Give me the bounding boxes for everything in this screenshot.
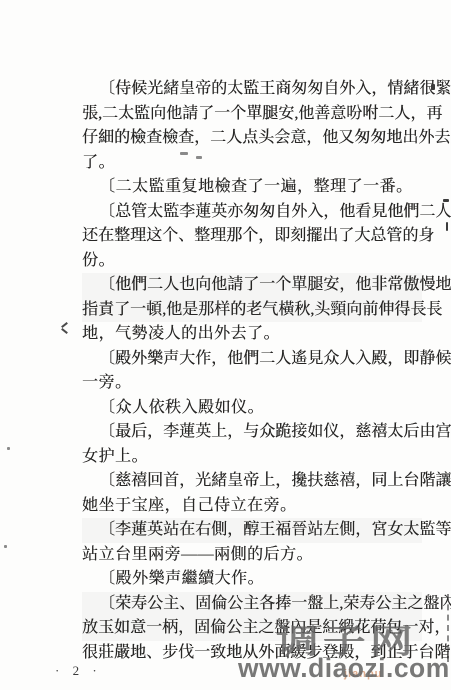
text-line: 張,二太監向他請了一个單腿安,他善意吩咐二人，再 xyxy=(82,102,422,127)
text-line: 份。 xyxy=(82,249,422,274)
scan-speck xyxy=(196,156,202,159)
text-line: 她坐于宝座，自己侍立在旁。 xyxy=(82,494,422,519)
text-line: 〔众人依秩入殿如仪。 xyxy=(82,396,422,421)
text-line: 一旁。 xyxy=(82,371,422,396)
text-line: 地，气勢凌人的出外去了。 xyxy=(82,322,422,347)
scan-speck xyxy=(443,199,449,202)
text-line: 仔細的檢查檢查，二人点头会意，他又匆匆地出外去 xyxy=(82,126,422,151)
scan-speck xyxy=(4,545,7,548)
page-number: · 2 · xyxy=(55,663,102,679)
script-text-block: 〔侍候光緒皇帝的太監王商匆匆自外入，情緒很緊 張,二太監向他請了一个單腿安,他善… xyxy=(82,77,422,665)
text-line: 〔李蓮英站在右側，醇王福晉站左側，宮女太監等 xyxy=(82,518,422,543)
text-line: 〔二太監重复地檢查了一遍，整理了一番。 xyxy=(82,175,422,200)
text-line: 站立台里兩旁——兩側的后方。 xyxy=(82,543,422,568)
scan-speck xyxy=(180,152,188,155)
scan-speck xyxy=(446,222,448,231)
scan-angle-mark xyxy=(61,323,68,333)
scanned-book-page: 〔侍候光緒皇帝的太監王商匆匆自外入，情緒很緊 張,二太監向他請了一个單腿安,他善… xyxy=(0,0,451,690)
scan-speck xyxy=(431,84,435,90)
text-line: 女护上。 xyxy=(82,445,422,470)
scan-dashed-edge xyxy=(447,594,451,662)
text-line: 〔荣寿公主、固倫公主各捧一盤上,荣寿公主之盤內 xyxy=(82,592,422,617)
text-line: 〔最后，李蓮英上，与众跪接如仪，慈禧太后由宫 xyxy=(82,420,422,445)
text-line: 〔慈禧回首，光緒皇帝上，攙扶慈禧，同上台階讓 xyxy=(82,469,422,494)
text-line: 指責了一頓,他是那样的老气橫秋,头頸向前伸得長長 xyxy=(82,298,422,323)
text-line: 〔殿外樂声大作，他們二人遙見众人入殿，即静候 xyxy=(82,347,422,372)
scan-speck xyxy=(7,447,10,450)
text-line: 〔殿外樂声繼續大作。 xyxy=(82,567,422,592)
watermark-site-url: www.diaozi.com xyxy=(238,653,450,684)
text-line: 〔侍候光緒皇帝的太監王商匆匆自外入，情緒很緊 xyxy=(82,77,422,102)
text-line: 了。 xyxy=(82,151,422,176)
text-line: 〔他們二人也向他請了一个單腿安，他非常傲慢地 xyxy=(82,273,422,298)
text-line: 还在整理这个、整理那个，即刻擺出了大总管的身 xyxy=(82,224,422,249)
text-line: 〔总管太監李蓮英亦匆匆自外入，他看見他們二人 xyxy=(82,200,422,225)
